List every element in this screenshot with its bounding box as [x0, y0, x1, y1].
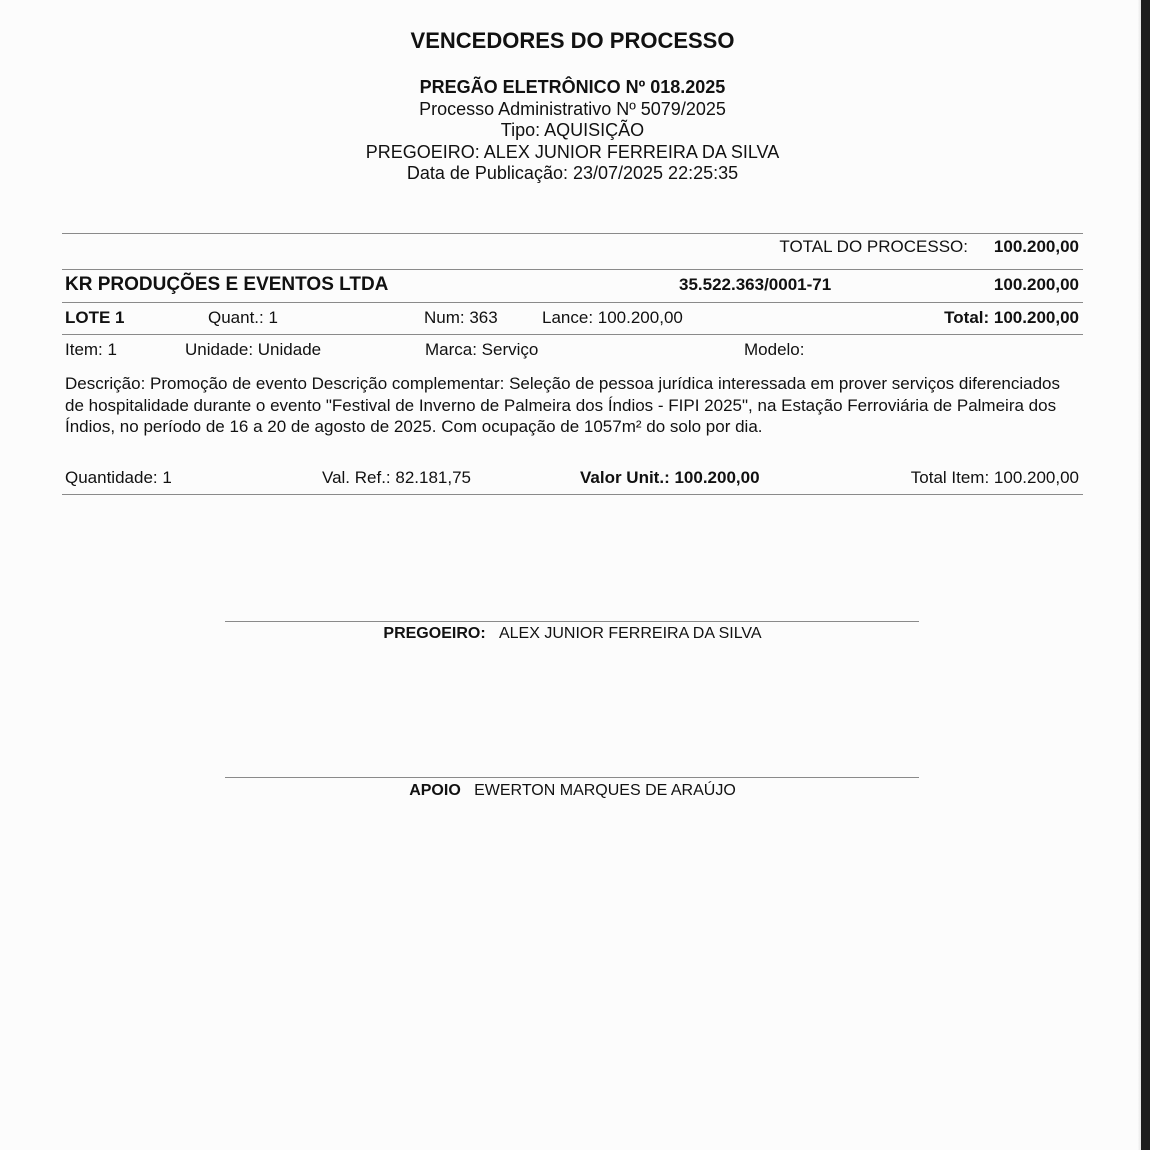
lot-total: Total: 100.200,00: [860, 308, 1079, 328]
signature-name: EWERTON MARQUES DE ARAÚJO: [474, 782, 736, 799]
signature-role: APOIO: [409, 782, 461, 799]
winner-name: KR PRODUÇÕES E EVENTOS LTDA: [65, 274, 388, 296]
auctioneer-line: PREGOEIRO: ALEX JUNIOR FERREIRA DA SILVA: [0, 142, 1145, 163]
divider: [62, 302, 1083, 303]
item-number: Item: 1: [65, 340, 117, 360]
item-brand: Marca: Serviço: [425, 340, 538, 360]
divider: [62, 334, 1083, 335]
item-unit-value: Valor Unit.: 100.200,00: [580, 468, 760, 488]
item-description: Descrição: Promoção de evento Descrição …: [65, 373, 1065, 438]
signature-name: ALEX JUNIOR FERREIRA DA SILVA: [499, 625, 762, 642]
signature-line: [225, 621, 919, 622]
lot-num: Num: 363: [424, 308, 498, 328]
total-process-value: 100.200,00: [960, 237, 1079, 257]
signature-role: PREGOEIRO:: [383, 625, 485, 642]
item-unit: Unidade: Unidade: [185, 340, 321, 360]
auction-number: PREGÃO ELETRÔNICO Nº 018.2025: [0, 77, 1145, 98]
publication-date: Data de Publicação: 23/07/2025 22:25:35: [0, 163, 1145, 184]
signature-auctioneer: PREGOEIRO: ALEX JUNIOR FERREIRA DA SILVA: [0, 625, 1145, 643]
document-page: VENCEDORES DO PROCESSO PREGÃO ELETRÔNICO…: [0, 0, 1141, 1150]
winner-value: 100.200,00: [900, 275, 1079, 295]
item-total: Total Item: 100.200,00: [820, 468, 1079, 488]
divider: [62, 233, 1083, 234]
item-reference-value: Val. Ref.: 82.181,75: [322, 468, 471, 488]
signature-line: [225, 777, 919, 778]
process-type: Tipo: AQUISIÇÃO: [0, 120, 1145, 141]
winner-cnpj: 35.522.363/0001-71: [679, 275, 831, 295]
item-quantity: Quantidade: 1: [65, 468, 172, 488]
lot-label: LOTE 1: [65, 308, 125, 328]
item-model: Modelo:: [744, 340, 804, 360]
signature-support: APOIO EWERTON MARQUES DE ARAÚJO: [0, 782, 1145, 800]
divider: [62, 269, 1083, 270]
divider: [62, 494, 1083, 495]
lot-bid: Lance: 100.200,00: [542, 308, 683, 328]
document-title: VENCEDORES DO PROCESSO: [0, 28, 1145, 54]
process-number: Processo Administrativo Nº 5079/2025: [0, 99, 1145, 120]
total-process-label: TOTAL DO PROCESSO:: [600, 237, 968, 257]
lot-quantity: Quant.: 1: [208, 308, 278, 328]
viewer-edge: [1141, 0, 1150, 1150]
